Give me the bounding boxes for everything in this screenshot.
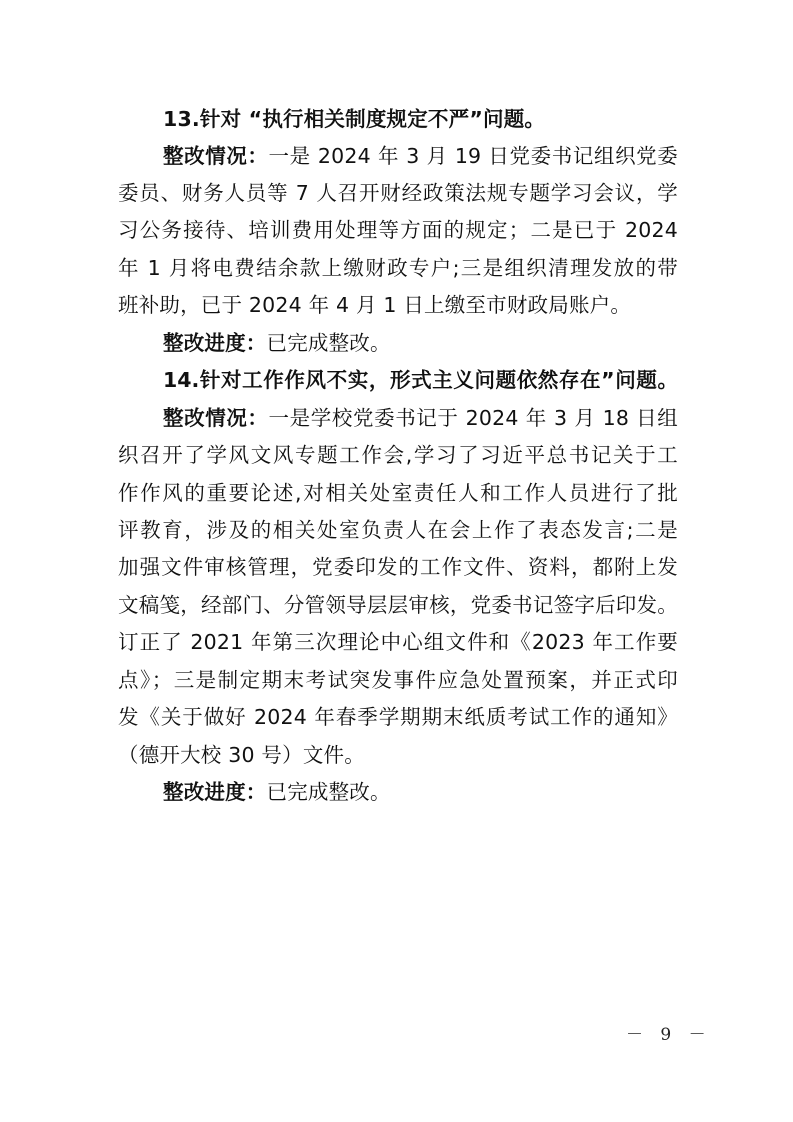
section-13-heading: 13.针对 “执行相关制度规定不严”问题。 — [163, 106, 678, 132]
section-13-status-line-1: 整改情况：一是 2024 年 3 月 19 日党委书记组织党委 — [163, 143, 678, 169]
section-13-status-line-5: 班补助，已于 2024 年 4 月 1 日上缴至市财政局账户。 — [118, 292, 678, 318]
status-label: 整改情况： — [163, 144, 269, 168]
progress-label: 整改进度： — [163, 780, 267, 804]
section-14-status-line-3: 作作风的重要论述,对相关处室责任人和工作人员进行了批 — [118, 480, 678, 506]
section-13-progress: 整改进度：已完成整改。 — [163, 330, 678, 356]
section-14-status-line-4: 评教育，涉及的相关处室负责人在会上作了表态发言;二是 — [118, 517, 678, 543]
status-text: 一是 2024 年 3 月 19 日党委书记组织党委 — [269, 144, 678, 168]
section-14-status-line-9: 发《关于做好 2024 年春季学期期末纸质考试工作的通知》 — [118, 704, 678, 730]
status-text: 一是学校党委书记于 2024 年 3 月 18 日组 — [269, 406, 678, 430]
progress-label: 整改进度： — [163, 331, 267, 355]
status-label: 整改情况： — [163, 406, 269, 430]
section-14-status-line-1: 整改情况：一是学校党委书记于 2024 年 3 月 18 日组 — [163, 405, 678, 431]
page-number: － 9 － — [626, 1020, 712, 1045]
section-13-status-line-2: 委员、财务人员等 7 人召开财经政策法规专题学习会议，学 — [118, 180, 678, 206]
section-14-status-line-2: 织召开了学风文风专题工作会,学习了习近平总书记关于工 — [118, 442, 678, 468]
section-13-status-line-3: 习公务接待、培训费用处理等方面的规定；二是已于 2024 — [118, 217, 678, 243]
section-14-status-line-10: （德开大校 30 号）文件。 — [118, 742, 678, 768]
section-14-status-line-7: 订正了 2021 年第三次理论中心组文件和《2023 年工作要 — [118, 629, 678, 655]
section-14-status-line-8: 点》；三是制定期末考试突发事件应急处置预案，并正式印 — [118, 667, 678, 693]
progress-value: 已完成整改。 — [267, 780, 391, 804]
progress-value: 已完成整改。 — [267, 331, 391, 355]
section-13-status-line-4: 年 1 月将电费结余款上缴财政专户;三是组织清理发放的带 — [118, 255, 678, 281]
section-14-status-line-6: 文稿笺，经部门、分管领导层层审核，党委书记签字后印发。 — [118, 592, 678, 618]
document-page: 13.针对 “执行相关制度规定不严”问题。 整改情况：一是 2024 年 3 月… — [0, 0, 793, 1122]
section-14-status-line-5: 加强文件审核管理，党委印发的工作文件、资料，都附上发 — [118, 554, 678, 580]
section-14-heading: 14.针对工作作风不实，形式主义问题依然存在”问题。 — [163, 367, 678, 393]
section-14-progress: 整改进度：已完成整改。 — [163, 779, 678, 805]
